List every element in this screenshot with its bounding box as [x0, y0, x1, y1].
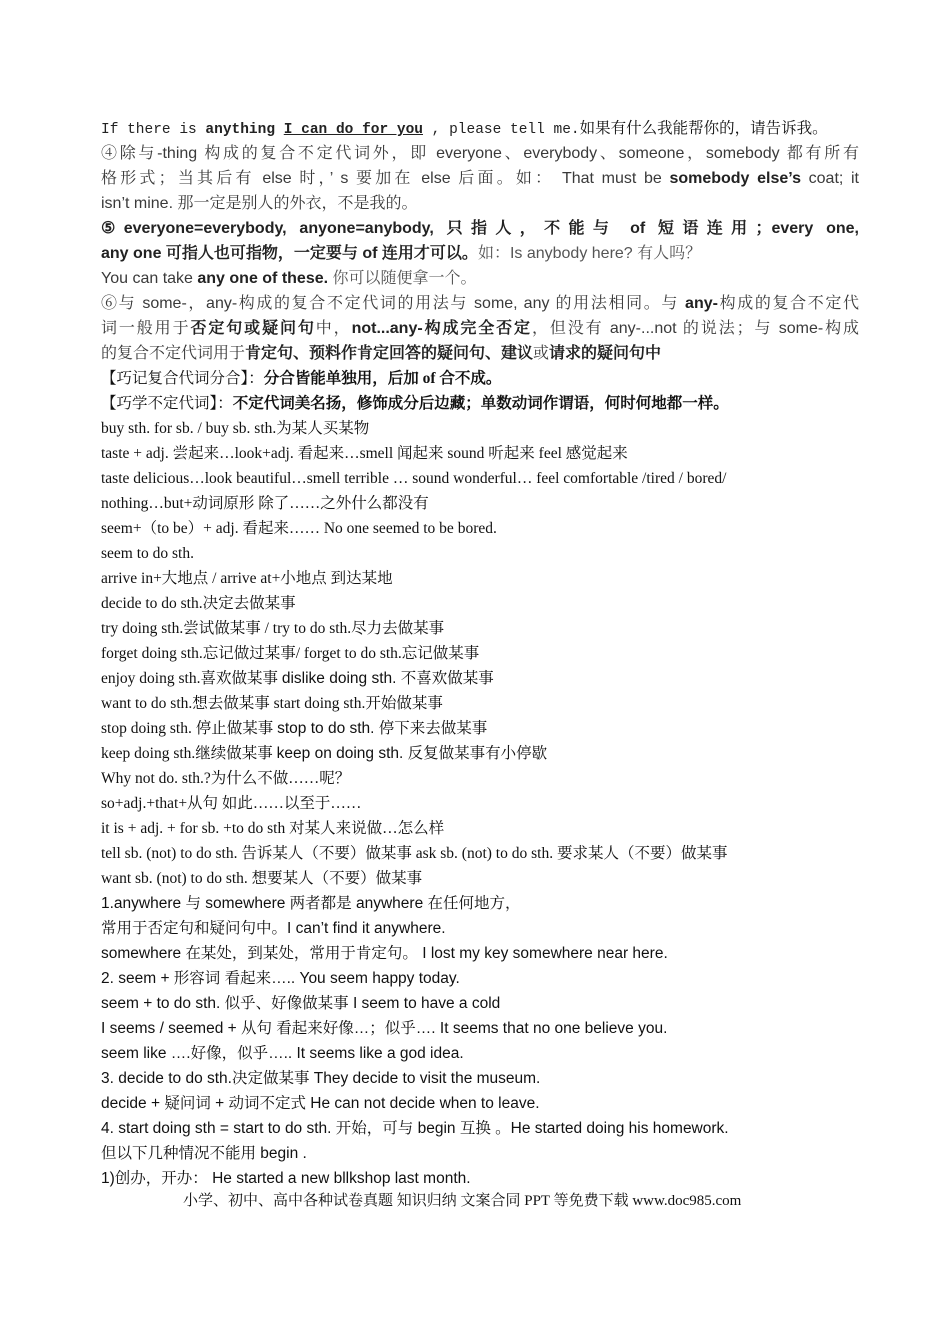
text: 格形式；当其后有 else 时，’ s 要加在 else 后面。如： That … — [101, 170, 669, 187]
phrase-line: nothing…but+动词原形 除了……之外什么都没有 — [101, 492, 429, 516]
rule-6-line-1: ⑥与 some-，any-构成的复合不定代词的用法与 some, any 的用法… — [101, 292, 859, 316]
usage-note: somewhere 在某处，到某处，常用于肯定句。 I lost my key … — [101, 942, 668, 966]
usage-note: 4. start doing sth = start to do sth. 开始… — [101, 1117, 729, 1141]
bold-text: 请求的疑问句中 — [549, 345, 661, 362]
usage-note: 2. seem + 形容词 看起来….. You seem happy toda… — [101, 967, 460, 991]
usage-note: I seems / seemed + 从句 看起来好像…；似乎…. It see… — [101, 1017, 667, 1041]
bold-text: of — [630, 220, 645, 237]
text: 的复合不定代词用于 — [101, 345, 245, 362]
translation: 如果有什么我能帮你的，请告诉我。 — [580, 120, 828, 137]
tip-label: 【巧学不定代词】： — [101, 395, 233, 412]
phrase-line: tell sb. (not) to do sth. 告诉某人（不要）做某事 as… — [101, 842, 727, 866]
bold-text: ⑤everyone=everybody, anyone=anybody, — [101, 220, 447, 237]
bold-text: any- — [685, 295, 718, 312]
text: enjoy doing sth.喜欢做某事 — [101, 670, 282, 687]
phrase-line: seem to do sth. — [101, 542, 194, 566]
phrase-line: it is + adj. + for sb. +to do sth 对某人来说做… — [101, 817, 444, 841]
text: 不喜欢做某事 — [401, 670, 494, 687]
page-footer: 小学、初中、高中各种试卷真题 知识归纳 文案合同 PPT 等免费下载 www.d… — [183, 1189, 741, 1210]
phrase-line: taste delicious…look beautiful…smell ter… — [101, 467, 726, 491]
phrase-line: try doing sth.尝试做某事 / try to do sth.尽力去做… — [101, 617, 444, 641]
text: 词一般用于 — [101, 320, 190, 337]
phrase-line: taste + adj. 尝起来…look+adj. 看起来…smell 闻起来… — [101, 442, 628, 466]
phrase-line: Why not do. sth.?为什么不做……呢？ — [101, 767, 350, 791]
text: 构成的复合不定代 — [718, 295, 859, 312]
text: coat; it — [801, 170, 859, 187]
bold-text: 短语连用； — [645, 220, 771, 237]
bold-text: 连用才可以。 — [377, 245, 477, 262]
usage-note: 3. decide to do sth.决定做某事 They decide to… — [101, 1067, 540, 1091]
phrase-line: forget doing sth.忘记做过某事/ forget to do st… — [101, 642, 479, 666]
text: keep doing sth.继续做某事 — [101, 745, 277, 762]
bold-text: any one — [101, 245, 161, 262]
text: 中， — [316, 320, 352, 337]
bold-text: any one of these. — [197, 270, 328, 287]
rule-6-line-3: 的复合不定代词用于肯定句、预料作肯定回答的疑问句、建议或请求的疑问句中 — [101, 342, 661, 366]
bold-text: somebody else’s — [669, 170, 801, 187]
rule-5-line-1: ⑤everyone=everybody, anyone=anybody, 只指人… — [101, 217, 859, 241]
rule-5-line-2: any one 可指人也可指物，一定要与 of 连用才可以。如：Is anybo… — [101, 242, 701, 266]
usage-note: 1)创办，开办： He started a new bllkshop last … — [101, 1167, 471, 1191]
usage-note: decide + 疑问词 + 动词不定式 He can not decide w… — [101, 1092, 540, 1116]
text: 如：Is anybody here? 有人吗？ — [478, 245, 701, 262]
text: You can take — [101, 270, 197, 287]
text: stop to do sth. — [277, 720, 379, 737]
text: , please tell me. — [423, 122, 580, 138]
bold-text: 否定句或疑问句 — [190, 320, 315, 337]
text: 你可以随便拿一个。 — [328, 270, 476, 287]
bold-text: every one, — [771, 220, 859, 237]
text: 反复做某事有小停歇 — [408, 745, 548, 762]
usage-note: seem like ….好像，似乎….. It seems like a god… — [101, 1042, 464, 1066]
bold-text: anything — [205, 122, 275, 138]
tip-indefinite-pronouns: 【巧学不定代词】：不定代词美名扬，修饰成分后边藏；单数动词作谓语，何时何地都一样… — [101, 392, 729, 416]
text: 停下来去做某事 — [379, 720, 488, 737]
text: 或 — [533, 345, 549, 362]
bold-text: 肯定句、预料作肯定回答的疑问句、建议 — [245, 345, 533, 362]
rule-5-line-3: You can take any one of these. 你可以随便拿一个。 — [101, 267, 477, 291]
rule-4-line-3: isn’t mine. 那一定是别人的外衣，不是我的。 — [101, 192, 417, 216]
bold-text: 分合皆能单独用，后加 of 合不成。 — [264, 370, 502, 387]
rule-6-line-2: 词一般用于否定句或疑问句中，not...any-构成完全否定，但没有 any-.… — [101, 317, 859, 341]
phrase-line: stop doing sth. 停止做某事 stop to do sth. 停下… — [101, 717, 487, 741]
tip-compound-pronouns: 【巧记复合代词分合】：分合皆能单独用，后加 of 合不成。 — [101, 367, 501, 391]
phrase-line: keep doing sth.继续做某事 keep on doing sth. … — [101, 742, 547, 766]
phrase-line: want sb. (not) to do sth. 想要某人（不要）做某事 — [101, 867, 422, 891]
phrase-line: want to do sth.想去做某事 start doing sth.开始做… — [101, 692, 443, 716]
usage-note: 1.anywhere 与 somewhere 两者都是 anywhere 在任何… — [101, 892, 521, 916]
bold-text: not...any-构成完全否定 — [352, 320, 532, 337]
usage-note: 但以下几种情况不能用 begin . — [101, 1142, 307, 1166]
phrase-line: decide to do sth.决定去做某事 — [101, 592, 296, 616]
tip-label: 【巧记复合代词分合】： — [101, 370, 264, 387]
bold-text: 不定代词美名扬，修饰成分后边藏；单数动词作谓语，何时何地都一样。 — [233, 395, 729, 412]
text: If there is — [101, 122, 205, 138]
bold-text: of — [362, 245, 377, 262]
underlined-text: I can do for you — [284, 122, 423, 138]
text: ，但没有 any-...not 的说法；与 some-构成 — [532, 320, 859, 337]
usage-note: 常用于否定句和疑问句中。I can’t find it anywhere. — [101, 917, 446, 941]
text: ⑥与 some-，any-构成的复合不定代词的用法与 some, any 的用法… — [101, 295, 685, 312]
text — [275, 122, 284, 138]
phrase-line: enjoy doing sth.喜欢做某事 dislike doing sth.… — [101, 667, 494, 691]
text: stop doing sth. 停止做某事 — [101, 720, 277, 737]
phrase-line: arrive in+大地点 / arrive at+小地点 到达某地 — [101, 567, 393, 591]
usage-note: seem + to do sth. 似乎、好像做某事 I seem to hav… — [101, 992, 500, 1016]
example-sentence: If there is anything I can do for you , … — [101, 117, 828, 141]
phrase-line: so+adj.+that+从句 如此……以至于…… — [101, 792, 361, 816]
rule-4-line-2: 格形式；当其后有 else 时，’ s 要加在 else 后面。如： That … — [101, 167, 859, 191]
phrase-line: seem+（to be）+ adj. 看起来…… No one seemed t… — [101, 517, 497, 541]
bold-text: 只指人，不能与 — [447, 220, 630, 237]
text: keep on doing sth. — [277, 745, 408, 762]
bold-text: 可指人也可指物，一定要与 — [161, 245, 362, 262]
rule-4-line-1: ④除与-thing 构成的复合不定代词外，即 everyone、everybod… — [101, 142, 859, 166]
text: dislike doing sth. — [282, 670, 401, 687]
phrase-line: buy sth. for sb. / buy sb. sth.为某人买某物 — [101, 417, 369, 441]
